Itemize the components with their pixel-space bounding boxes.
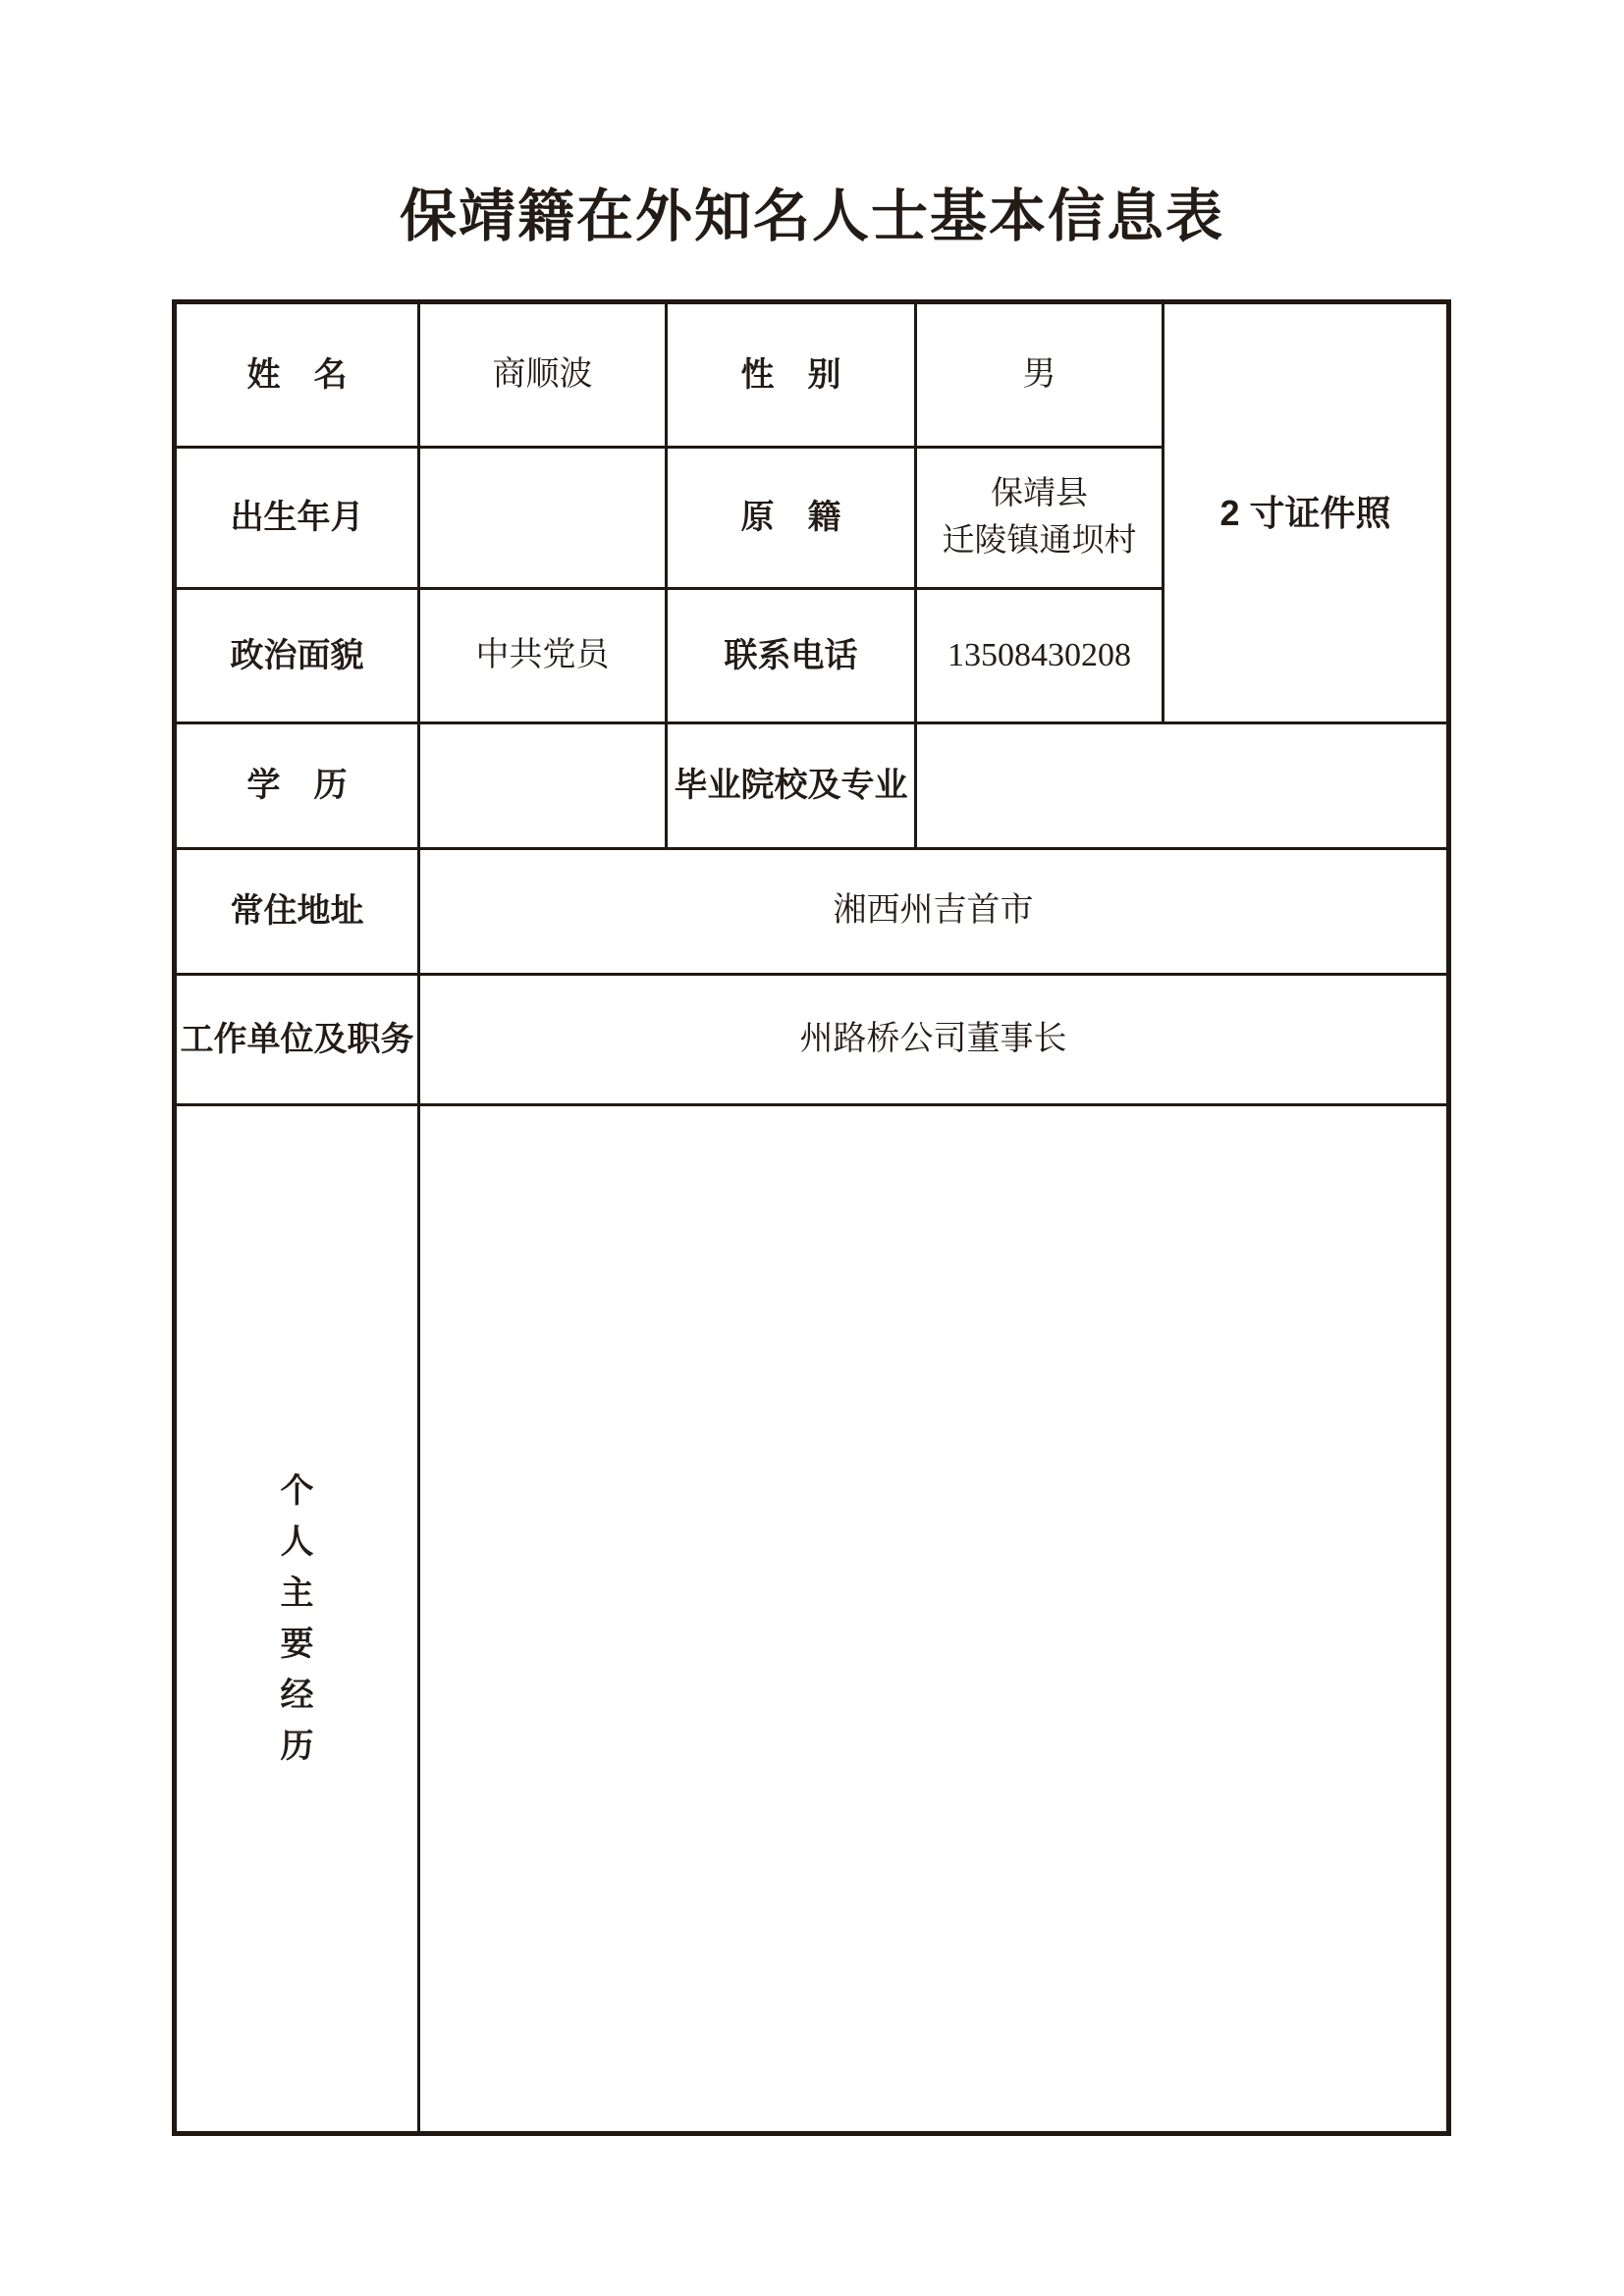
- info-table: 姓 名 商顺波 性 别 男 2 寸证件照 出生年月 原 籍 保靖县 迁陵镇通坝村…: [172, 299, 1451, 2136]
- work-value-cell: 州路桥公司董事长: [420, 976, 1446, 1106]
- work-label-cell: 工作单位及职务: [177, 976, 420, 1106]
- address-value-cell: 湘西州吉首市: [420, 850, 1446, 976]
- birth-label-cell: 出生年月: [177, 449, 420, 590]
- experience-label-vertical: 个人主要经历: [278, 1466, 317, 1772]
- origin-label-cell: 原 籍: [668, 449, 917, 590]
- gender-label-cell: 性 别: [668, 304, 917, 449]
- school-value-cell: [917, 724, 1446, 850]
- name-label-cell: 姓 名: [177, 304, 420, 449]
- origin-value-cell: 保靖县 迁陵镇通坝村: [917, 449, 1164, 590]
- name-value-cell: 商顺波: [420, 304, 668, 449]
- gender-value-cell: 男: [917, 304, 1164, 449]
- experience-label-cell: 个人主要经历: [177, 1106, 420, 2131]
- origin-value-line1: 保靖县: [991, 471, 1088, 518]
- form-document-page: 保靖籍在外知名人士基本信息表 姓 名 商顺波 性 别 男 2 寸证件照 出生年月…: [0, 0, 1624, 2296]
- photo-placeholder-cell: 2 寸证件照: [1164, 304, 1446, 724]
- politics-value-cell: 中共党员: [420, 590, 668, 724]
- education-value-cell: [420, 724, 668, 850]
- school-label-cell: 毕业院校及专业: [668, 724, 917, 850]
- education-label-cell: 学 历: [177, 724, 420, 850]
- phone-value-cell: 13508430208: [917, 590, 1164, 724]
- page-title: 保靖籍在外知名人士基本信息表: [0, 183, 1624, 251]
- politics-label-cell: 政治面貌: [177, 590, 420, 724]
- address-label-cell: 常住地址: [177, 850, 420, 976]
- experience-value-cell: [420, 1106, 1446, 2131]
- phone-label-cell: 联系电话: [668, 590, 917, 724]
- origin-value-line2: 迁陵镇通坝村: [943, 518, 1137, 565]
- birth-value-cell: [420, 449, 668, 590]
